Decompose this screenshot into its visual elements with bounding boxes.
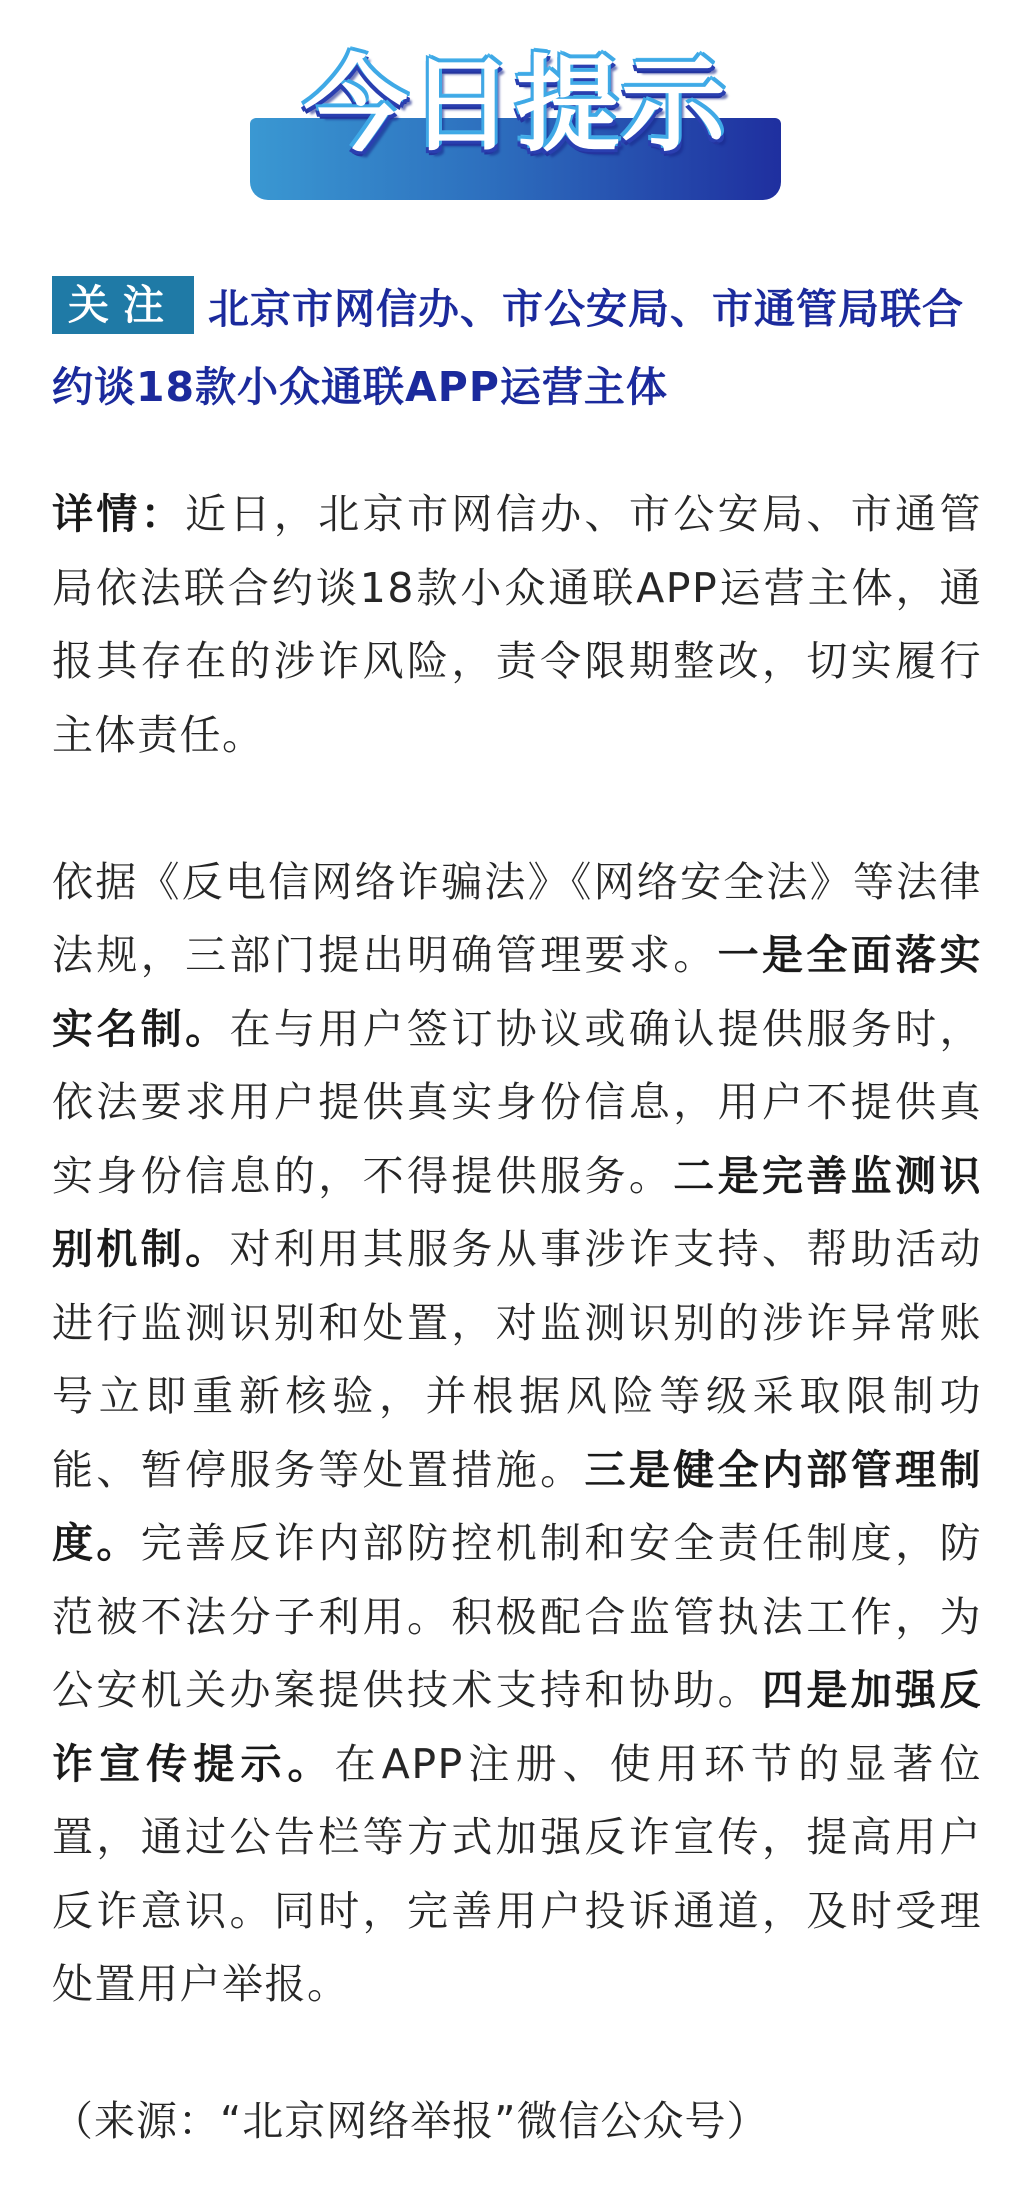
article-body: 详情：近日，北京市网信办、市公安局、市通管局依法联合约谈18款小众通联APP运营… [52,478,982,2095]
banner: 今日提示 [0,0,1028,215]
headline: 关注北京市网信办、市公安局、市通管局联合约谈18款小众通联APP运营主体 [52,270,982,426]
focus-tag: 关注 [52,276,194,334]
banner-title: 今日提示 [250,40,781,170]
source-attribution: （来源：“北京网络举报”微信公众号） [52,2085,982,2159]
details-text: 近日，北京市网信办、市公安局、市通管局依法联合约谈18款小众通联APP运营主体，… [52,490,982,759]
details-label: 详情： [52,490,185,538]
requirements-paragraph: 依据《反电信网络诈骗法》《网络安全法》等法律法规，三部门提出明确管理要求。一是全… [52,846,982,2022]
details-paragraph: 详情：近日，北京市网信办、市公安局、市通管局依法联合约谈18款小众通联APP运营… [52,478,982,772]
